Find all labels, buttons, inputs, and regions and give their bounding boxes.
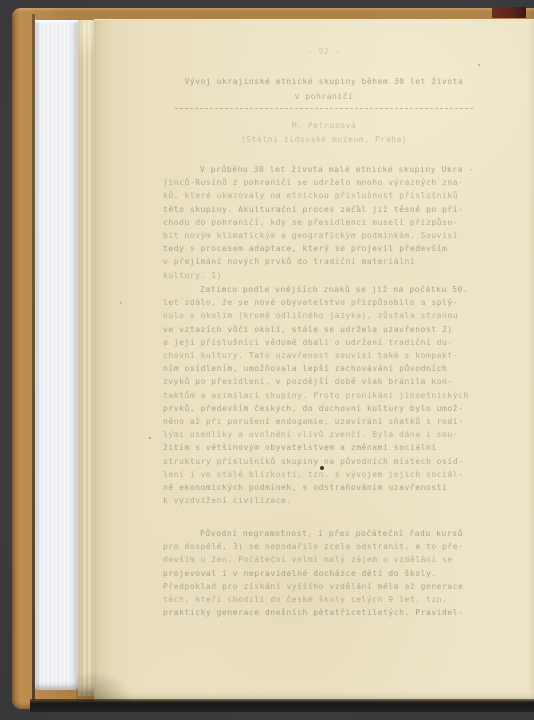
text-line: bit novým klimatickým a geografickým pod… (163, 229, 485, 242)
page-number: - 92 - (163, 45, 485, 58)
text-line: ve vztazích vůči okolí, stále se udržela… (163, 323, 485, 336)
text-line: zvyků po přesídlení, v pozdější době vša… (163, 375, 485, 388)
ink-speck (356, 205, 358, 207)
ink-speck (149, 437, 151, 439)
author-line: M. Petrusová (163, 119, 485, 132)
book-bottom-shadow (30, 699, 534, 712)
ink-speck (120, 301, 122, 304)
text-line: nulo s okolím (kromě odlišného jazyka), … (163, 309, 485, 322)
text-line: tedy s procesem adaptace, který se proje… (163, 242, 485, 255)
text-line: projevoval i v nepravidelné docházce dět… (163, 567, 485, 580)
book-page: - 92 - Vývoj ukrajinské etnické skupiny … (94, 19, 534, 701)
page-fore-edges (35, 20, 78, 690)
text-line: V průběhu 30 let života malé etnické sku… (163, 163, 485, 176)
text-line: ním osídlením, umožňovala lepší zachováv… (163, 362, 485, 375)
text-line: ně ekonomických podmínek, s odstraňování… (163, 481, 485, 494)
text-line: prakticky generace dnešních pětatřicetil… (163, 606, 485, 619)
title-line-2: v pohraničí (163, 89, 485, 104)
book-photo-scene: - 92 - Vývoj ukrajinské etnické skupiny … (0, 0, 534, 720)
text-line: Předpoklad pro získání vyššího vzdělání … (163, 580, 485, 593)
heading-underline (163, 108, 485, 111)
affiliation-text: (Státní židovské muzeum, Praha) (163, 133, 485, 146)
text-line: této skupiny. Akulturační proces začal j… (163, 203, 485, 216)
text-line: jinců-Rusínů z pohraničí se udrželo mnoh… (163, 176, 485, 189)
text-line: pro dospělé, 3) se nepodařilo zcela odst… (163, 540, 485, 553)
text-line: chovní kultury. Tato uzavřenost souvisí … (163, 349, 485, 362)
text-line: prvků, především českých, do duchovní ku… (163, 402, 485, 415)
page-number-text: - 92 - (163, 45, 485, 58)
paragraph-1: V průběhu 30 let života malé etnické sku… (163, 163, 485, 282)
text-line: žitím s většinovým obyvatelstvem a změna… (163, 441, 485, 454)
text-line: chodu do pohraničí, kdy se přesídlenci m… (163, 216, 485, 229)
title-line-1: Vývoj ukrajinské etnické skupiny během 3… (163, 74, 485, 89)
author-name: M. Petrusová (163, 119, 485, 132)
text-line: taktům a asimilaci skupiny. Proto pronik… (163, 389, 485, 402)
page-text-layer: - 92 - Vývoj ukrajinské etnické skupiny … (94, 20, 534, 701)
text-line: ků, které ukazovaly na etnickou příslušn… (163, 189, 485, 202)
text-line: let zdálo, že se nové obyvatelstvo přizp… (163, 296, 485, 309)
text-line: lými usedlíky a uvolnění vlivů zvenčí. B… (163, 428, 485, 441)
text-line: lení i ve stálé blízkosti, tzn. s vývoje… (163, 468, 485, 481)
text-line: a její příslušníci vědomě dbali o udržen… (163, 336, 485, 349)
paragraph-2: Zatímco podle vnějších znaků se již na p… (163, 283, 485, 507)
affiliation-line: (Státní židovské muzeum, Praha) (163, 133, 485, 146)
text-line: Zatímco podle vnějších znaků se již na p… (163, 283, 485, 296)
text-line: Původní negramotnost, i přes počáteční ř… (163, 527, 485, 540)
text-line: k vyzdvižení civilizace. (163, 494, 485, 507)
paragraph-3: Původní negramotnost, i přes počáteční ř… (163, 527, 485, 619)
text-line: struktury příslušníků skupiny na původní… (163, 455, 485, 468)
text-line: kultury. 1) (163, 269, 485, 282)
text-line: devším u žen. Počáteční velmi malý zájem… (163, 553, 485, 566)
spine-ribbon (492, 7, 526, 18)
text-line: v přejímání nových prvků do tradiční mat… (163, 255, 485, 268)
ink-speck (320, 466, 324, 470)
text-line: těch, kteří chodili do české školy celýc… (163, 593, 485, 606)
article-title: Vývoj ukrajinské etnické skupiny během 3… (163, 74, 485, 104)
text-line: něno až při porušení endogamie, uzavírán… (163, 415, 485, 428)
ink-speck (478, 64, 480, 66)
